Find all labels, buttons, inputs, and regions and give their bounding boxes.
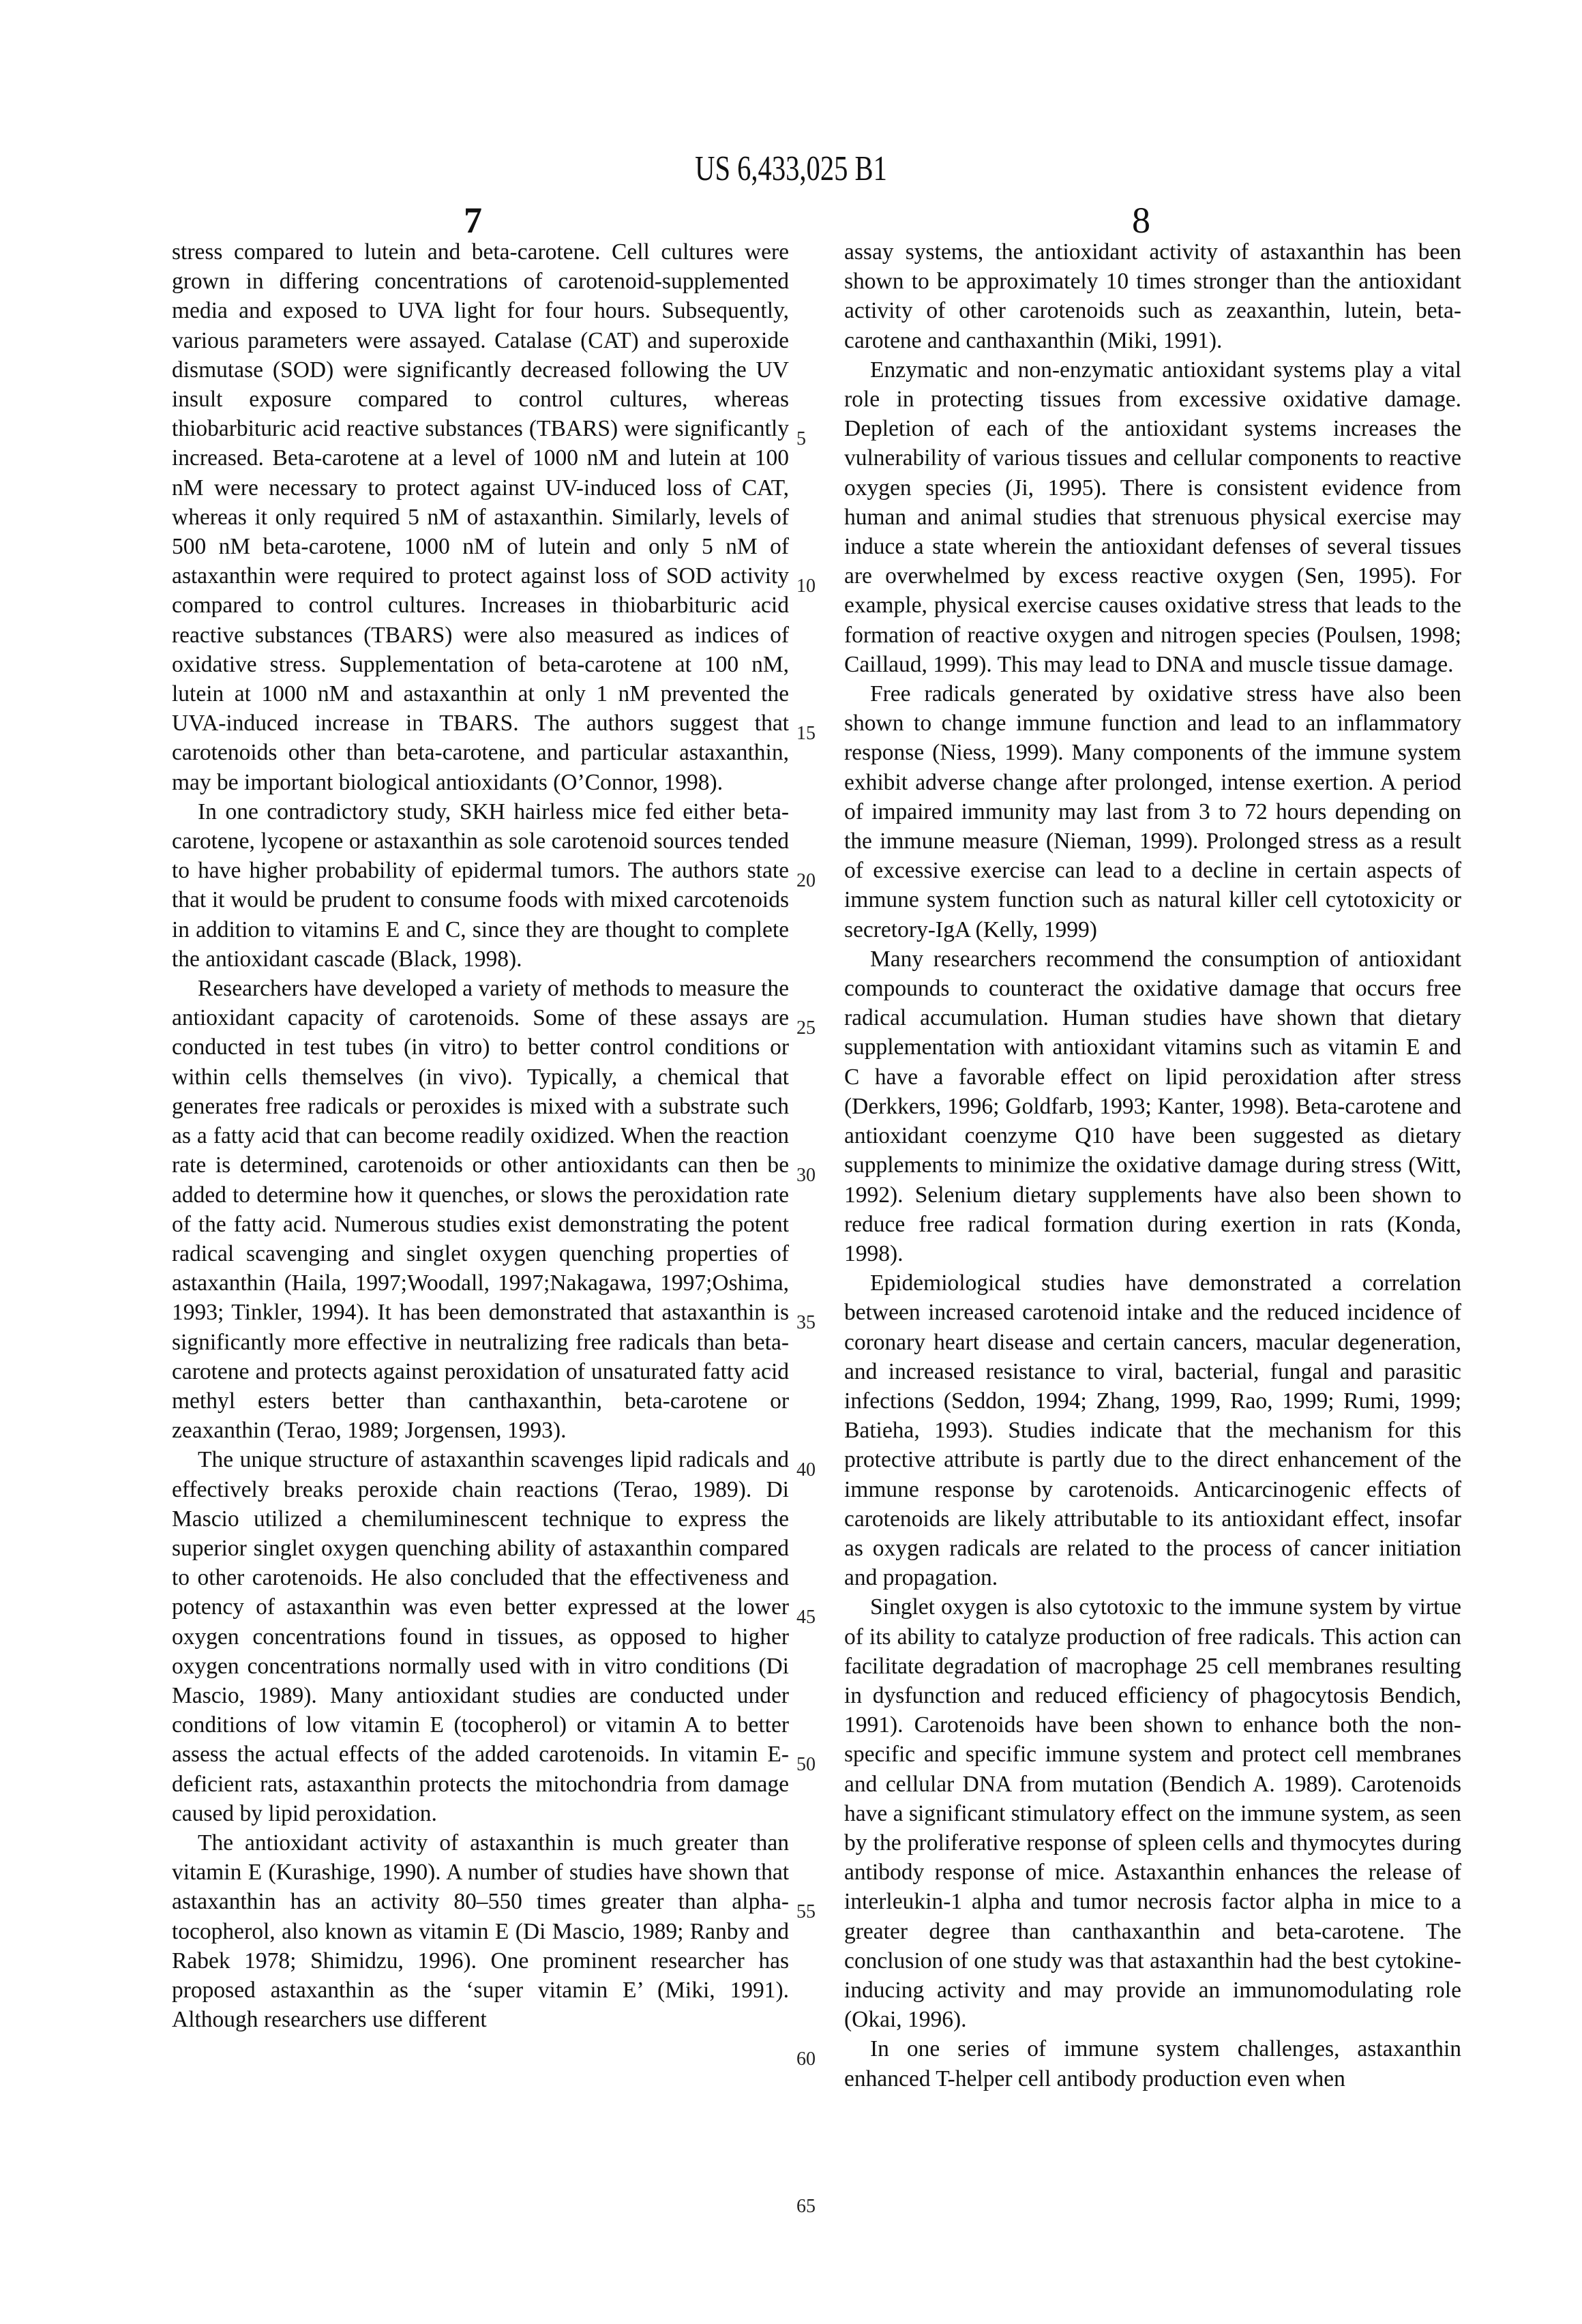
right-page-number: 8: [1132, 199, 1150, 241]
paragraph: The antioxidant activity of astaxanthin …: [172, 1828, 789, 2034]
paragraph: Epidemiological studies have demonstrate…: [844, 1268, 1461, 1592]
line-number: 30: [796, 1165, 816, 1187]
line-number: 25: [796, 1017, 816, 1039]
paragraph: Enzymatic and non-enzymatic antioxidant …: [844, 355, 1461, 679]
line-number: 40: [796, 1459, 816, 1481]
line-number-gutter: 5 10 15 20 25 30 35 40 45 50 55 60 65: [791, 0, 839, 2324]
line-number: 45: [796, 1607, 816, 1628]
line-number: 10: [796, 576, 816, 597]
line-number: 20: [796, 870, 816, 892]
paragraph: In one series of immune system challenge…: [844, 2034, 1461, 2093]
paragraph: Singlet oxygen is also cytotoxic to the …: [844, 1592, 1461, 2034]
line-number: 15: [796, 723, 816, 745]
right-column: assay systems, the antioxidant activity …: [844, 237, 1461, 2094]
paragraph: Free radicals generated by oxidative str…: [844, 679, 1461, 944]
paragraph: stress compared to lutein and beta-carot…: [172, 237, 789, 797]
paragraph: In one contradictory study, SKH hairless…: [172, 797, 789, 974]
line-number: 60: [796, 2049, 816, 2070]
left-page-number: 7: [464, 199, 482, 241]
line-number: 50: [796, 1754, 816, 1776]
line-number: 65: [796, 2196, 816, 2218]
line-number: 55: [796, 1901, 816, 1923]
line-number: 5: [796, 428, 806, 450]
left-column: stress compared to lutein and beta-carot…: [172, 237, 789, 2034]
paragraph: assay systems, the antioxidant activity …: [844, 237, 1461, 355]
paragraph: Many researchers recommend the consumpti…: [844, 944, 1461, 1268]
paragraph: The unique structure of astaxanthin scav…: [172, 1445, 789, 1828]
line-number: 35: [796, 1312, 816, 1334]
paragraph: Researchers have developed a variety of …: [172, 974, 789, 1445]
